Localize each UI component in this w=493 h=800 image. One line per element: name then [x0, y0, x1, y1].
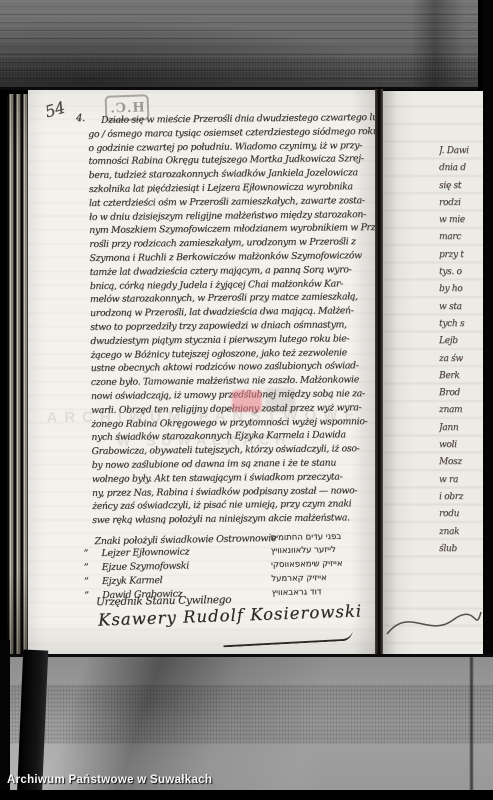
handwritten-fragment: Lejb	[439, 333, 483, 350]
handwritten-fragment: ślub	[439, 541, 483, 558]
handwritten-fragment: by ho	[439, 281, 483, 298]
table-top-band	[0, 0, 478, 90]
handwritten-fragment: znam	[439, 402, 483, 419]
hebrew-signature: אייזיק קארמעל	[271, 571, 357, 586]
hebrew-signature: בפני עדים החתומים	[270, 532, 356, 543]
witness-signature-block: Znaki położyli świadkowie Ostrownowie בפ…	[72, 532, 358, 604]
witness-name: Ejzyk Karmel	[102, 575, 163, 587]
handwritten-fragment: rodu	[439, 506, 483, 523]
ditto-mark: ”	[73, 547, 99, 561]
wood-grain-texture	[0, 58, 478, 84]
book-page-edges	[7, 94, 28, 654]
handwritten-fragment: Berk	[439, 368, 483, 385]
ditto-mark: ”	[73, 575, 99, 589]
handwritten-fragment: i obrz	[439, 489, 483, 506]
signature-flourish	[385, 602, 483, 644]
handwritten-fragment: Mosz	[439, 454, 483, 471]
signature-flourish	[223, 630, 353, 648]
archival-scan: 54 H.C. ARCHIWUM PAŃSTWOWE W SUWAŁKACH 4…	[0, 0, 493, 800]
table-scratch-line	[470, 657, 473, 795]
handwritten-fragment: marc	[439, 229, 483, 246]
gray-smudge	[265, 388, 295, 412]
handwritten-fragment: tys. o	[439, 264, 483, 281]
ditto-mark: ”	[73, 561, 99, 575]
act-number: 4.	[76, 113, 85, 124]
red-highlight-mark	[232, 390, 262, 412]
facing-page-text-fragments: J. Dawidnia dsię strodziw miemarcprzy tt…	[439, 143, 483, 558]
witness-name: Ejzue Szymofowski	[102, 560, 189, 573]
handwritten-fragment: w sta	[439, 299, 483, 316]
handwritten-fragment: się st	[439, 178, 483, 195]
hebrew-signature: לייזער עלאוונאוויץ	[271, 543, 357, 558]
scan-black-bar	[483, 0, 493, 660]
facing-page: J. Dawidnia dsię strodziw miemarcprzy tt…	[383, 91, 483, 654]
scan-bottom-edge	[0, 790, 493, 800]
table-texture	[0, 685, 493, 743]
handwritten-fragment: woli	[439, 437, 483, 454]
book-gutter	[375, 89, 383, 655]
manuscript-page: 54 H.C. ARCHIWUM PAŃSTWOWE W SUWAŁKACH 4…	[28, 90, 375, 654]
handwritten-fragment: znak	[439, 524, 483, 541]
archive-caption: Archiwum Państwowe w Suwałkach	[7, 774, 212, 786]
handwritten-fragment: dnia d	[439, 160, 483, 177]
handwritten-fragment: w ra	[439, 472, 483, 489]
witness-name: Lejzer Ejłownowicz	[101, 546, 189, 559]
handwritten-fragment: Brod	[439, 385, 483, 402]
handwritten-fragment: rodzi	[439, 195, 483, 212]
handwritten-fragment: za św	[439, 351, 483, 368]
hebrew-signature: אייזיק שימאפאווסקי	[271, 557, 357, 572]
handwritten-fragment: J. Dawi	[439, 143, 483, 160]
handwritten-fragment: przy t	[439, 247, 483, 264]
page-number: 54	[43, 98, 67, 122]
handwritten-fragment: Jann	[439, 420, 483, 437]
handwritten-line: swe ręką własną położyli na niniejszym a…	[92, 511, 380, 528]
hebrew-signature: דוד גראבאוויץ	[271, 585, 357, 600]
handwritten-fragment: tych s	[439, 316, 483, 333]
handwritten-fragment: w mie	[439, 212, 483, 229]
act-body-text: Działo się w mieście Przerośli dnia dwud…	[88, 111, 380, 528]
